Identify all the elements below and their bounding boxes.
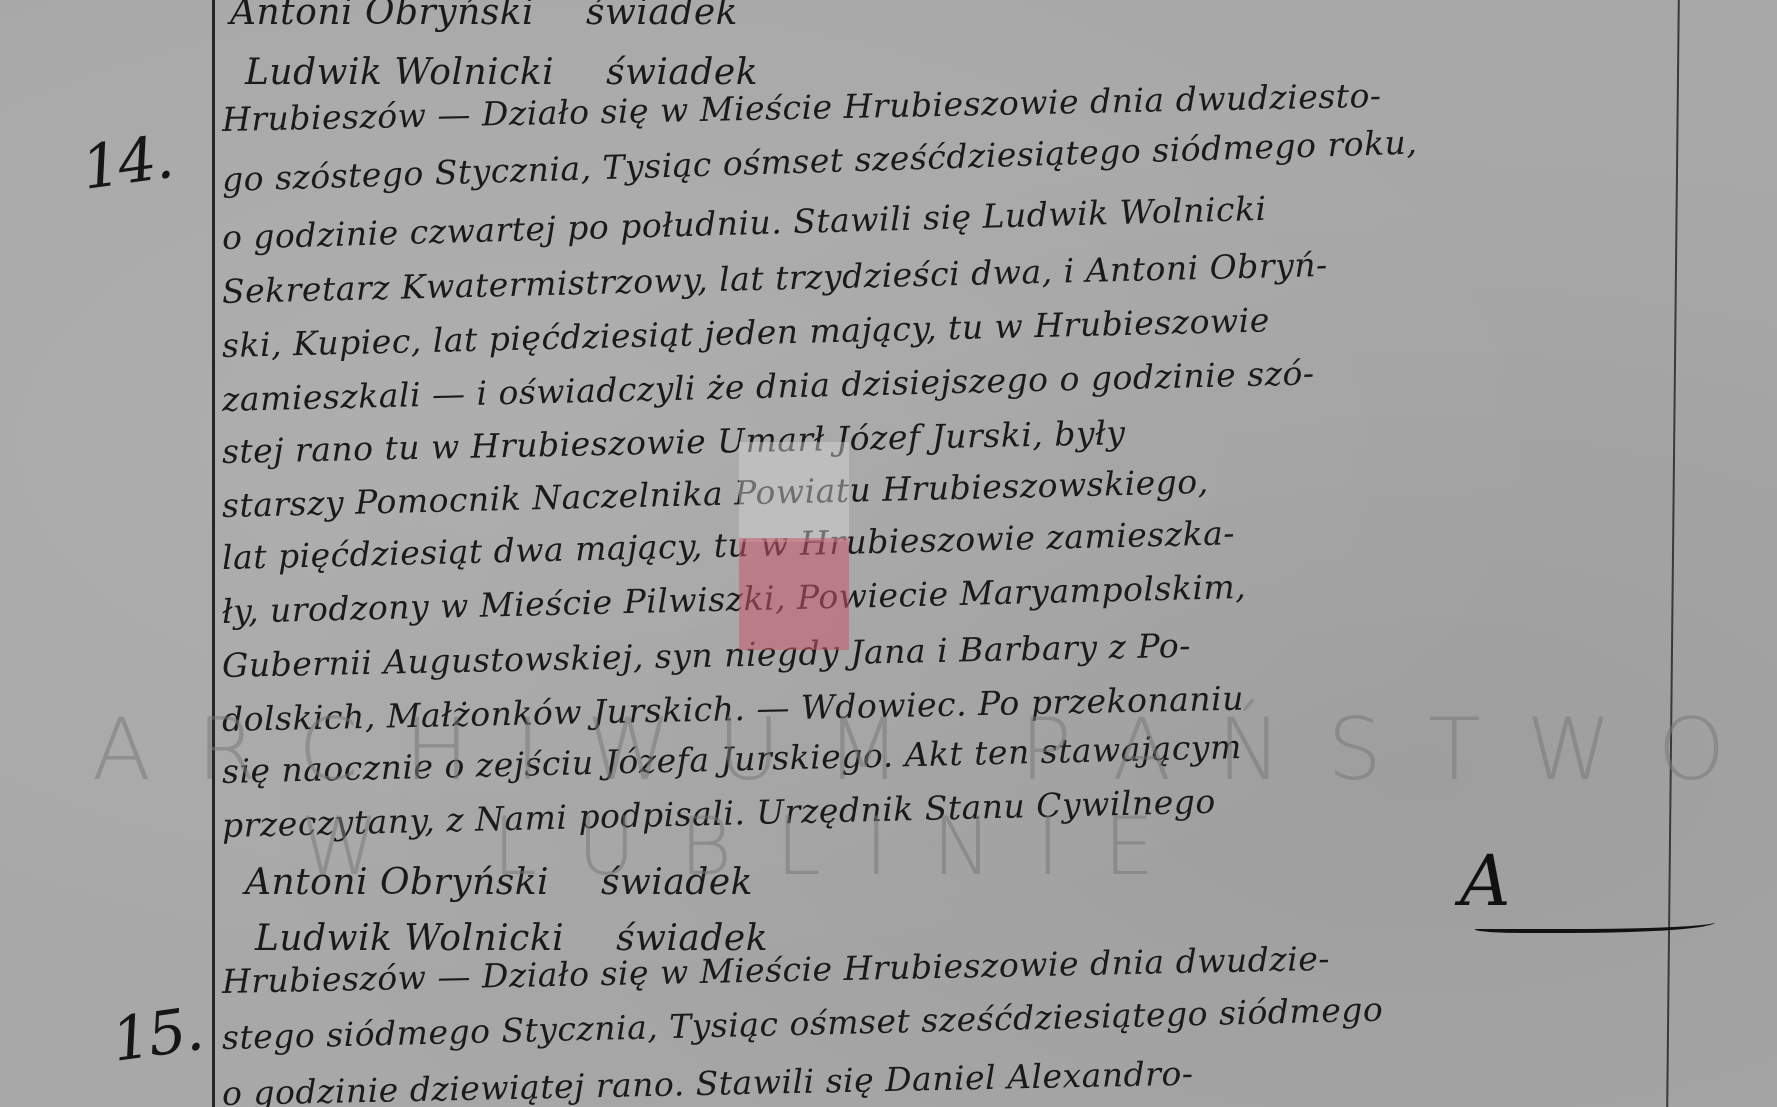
light-scan-patch — [739, 442, 849, 542]
entry-number-14: 14. — [78, 122, 176, 204]
entry-15-line-3: o godzinie dziewiątej rano. Stawili się … — [222, 1054, 1194, 1107]
scanned-page: Antoni Obryński świadek Ludwik Wolnicki … — [0, 0, 1777, 1107]
entry-14-line-7: stej rano tu w Hrubieszowie Umarł Józef … — [222, 413, 1126, 471]
entry-14-line-5: ski, Kupiec, lat pięćdziesiąt jeden mają… — [222, 300, 1271, 365]
official-signature-flourish: A — [1460, 840, 1511, 922]
entry-14-line-6: zamieszkali — i oświadczyli że dnia dzis… — [222, 353, 1315, 419]
left-margin-rule — [212, 0, 215, 1107]
entry-15-line-2: stego siódmego Stycznia, Tysiąc ośmset s… — [222, 990, 1384, 1057]
top-signature-2: Ludwik Wolnicki świadek — [245, 52, 758, 93]
entry-14-line-13: się naocznie o zejściu Józefa Jurskiego.… — [222, 727, 1243, 791]
signature-underline — [1475, 915, 1715, 933]
entry-14-signature-1: Antoni Obryński świadek — [245, 862, 753, 903]
entry-14-line-4: Sekretarz Kwatermistrzowy, lat trzydzieś… — [222, 245, 1329, 311]
top-signature-1: Antoni Obryński świadek — [230, 0, 738, 33]
entry-number-15: 15. — [108, 994, 206, 1076]
entry-14-line-14: przeczytany, z Nami podpisali. Urzędnik … — [222, 782, 1217, 845]
entry-14-line-11: Gubernii Augustowskiej, syn niegdy Jana … — [222, 626, 1192, 685]
entry-14-line-9: lat pięćdziesiąt dwa mający, tu w Hrubie… — [222, 513, 1236, 577]
entry-14-line-3: o godzinie czwartej po południu. Stawili… — [221, 189, 1267, 257]
entry-14-line-10: ły, urodzony w Mieście Pilwiszki, Powiec… — [222, 567, 1247, 631]
highlight-overlay — [739, 538, 849, 650]
entry-14-line-8: starszy Pomocnik Naczelnika Powiatu Hrub… — [222, 462, 1210, 525]
right-margin-rule — [1666, 0, 1680, 1107]
